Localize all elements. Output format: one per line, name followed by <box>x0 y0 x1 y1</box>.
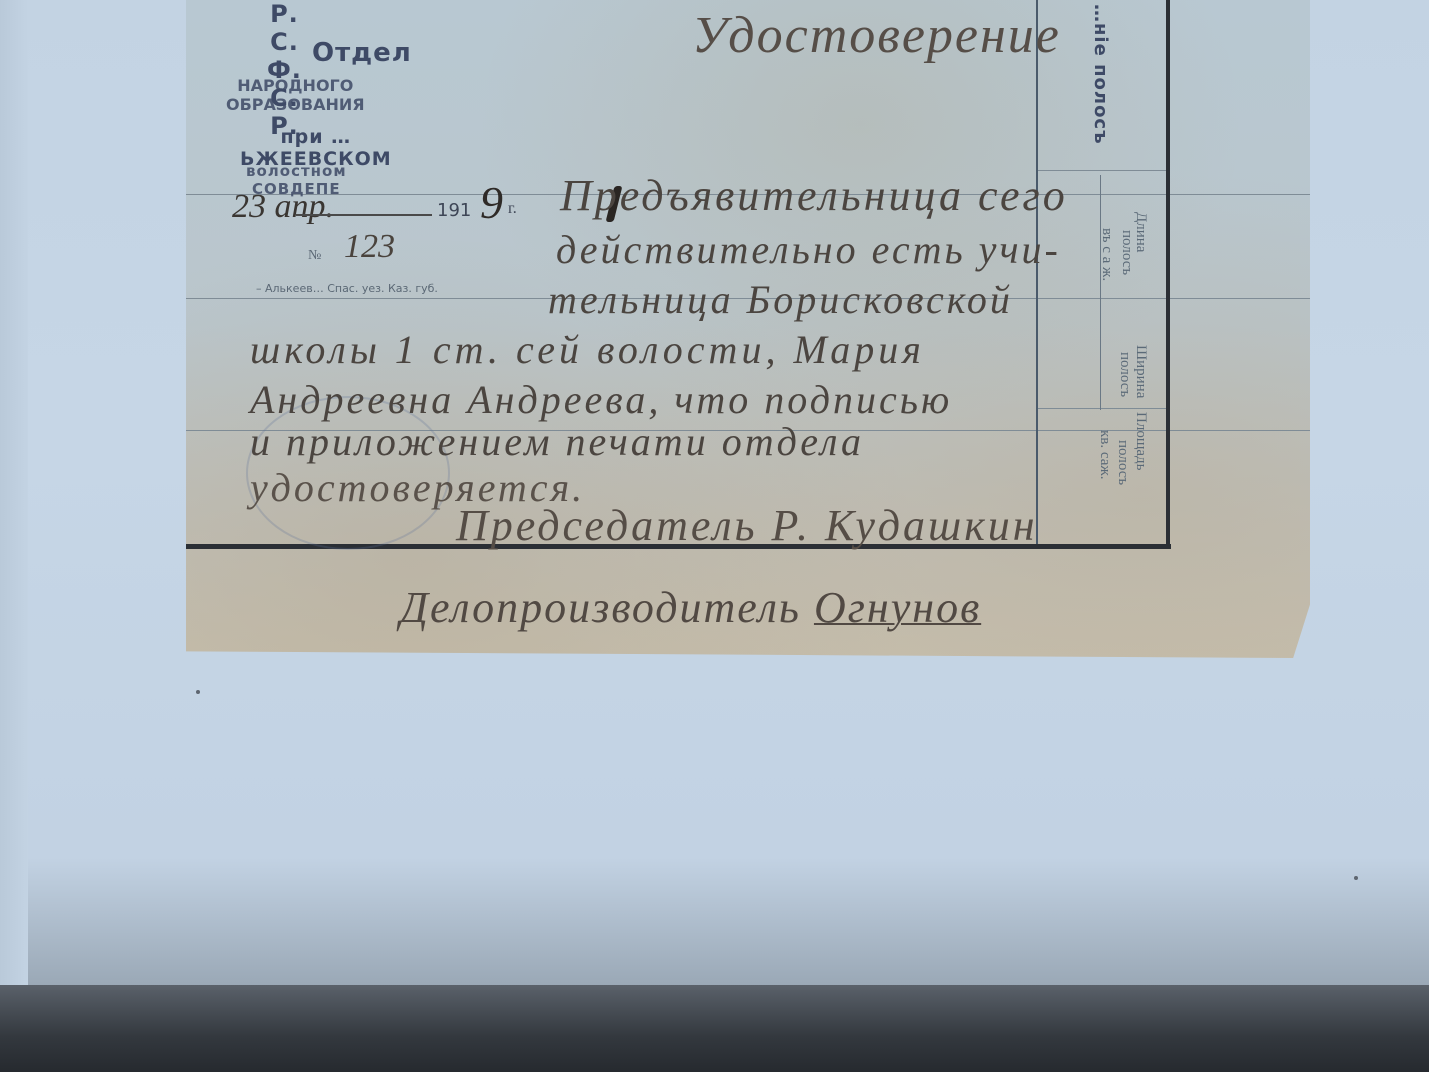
signature-clerk-name: Огнунов <box>814 583 981 632</box>
stamp-rsfsr: Р. С. Ф. С. Р. <box>267 0 302 140</box>
signature-clerk-role: Делопроизводитель <box>400 583 801 632</box>
form-area-sub: полосъ <box>1114 440 1131 485</box>
stamp-otdel: Отдел <box>312 38 412 68</box>
date-year-suffix: г. <box>508 200 517 218</box>
form-width-label: Ширина <box>1132 345 1149 398</box>
signature-chairman: Председатель Р. Кудашкин <box>456 500 1038 551</box>
date-year-handwritten: 9 <box>480 176 503 229</box>
dust-speck <box>1354 876 1358 880</box>
document-title: Удостоверение <box>692 6 1061 65</box>
body-line-1: Предъявительница сего <box>560 170 1068 221</box>
form-width-sub: полосъ <box>1116 352 1133 397</box>
body-line-3: тельница Борисковской <box>548 276 1013 323</box>
body-line-5: Андреевна Андреева, что подписью <box>250 376 952 423</box>
signature-clerk: Делопроизводитель Огнунов <box>400 582 981 633</box>
form-unit-label: въ с а ж. <box>1098 228 1115 281</box>
body-line-4: школы 1 ст. сей волости, Мария <box>250 326 925 373</box>
document-number: 123 <box>344 228 395 266</box>
date-day-month: 23 апр. <box>232 188 334 226</box>
form-area-unit: кв. саж. <box>1096 430 1113 479</box>
date-underline <box>296 214 432 216</box>
signature-chairman-role: Председатель <box>456 501 758 550</box>
table-shadow <box>0 985 1429 1072</box>
number-label: № <box>308 248 321 264</box>
form-column-line <box>1100 175 1101 410</box>
stamp-small-print: – Алькеев… Спас. уез. Каз. губ. <box>256 282 438 295</box>
stamp-education: НАРОДНОГО ОБРАЗОВАНИЯ <box>226 76 365 114</box>
dust-speck <box>196 690 200 694</box>
body-line-6: и приложением печати отдела <box>250 418 864 465</box>
form-column-header: …ніе полосъ <box>1090 4 1111 145</box>
body-line-2: действительно есть учи- <box>556 226 1061 273</box>
form-length-sub: полосъ <box>1118 230 1135 275</box>
form-rule <box>1038 408 1166 409</box>
date-year-printed: 191 <box>437 200 471 221</box>
table-surface-edge <box>0 0 28 1000</box>
form-area-label: Площадь <box>1132 412 1149 471</box>
signature-chairman-name: Р. Кудашкин <box>772 501 1038 550</box>
form-frame-right <box>1166 0 1170 549</box>
